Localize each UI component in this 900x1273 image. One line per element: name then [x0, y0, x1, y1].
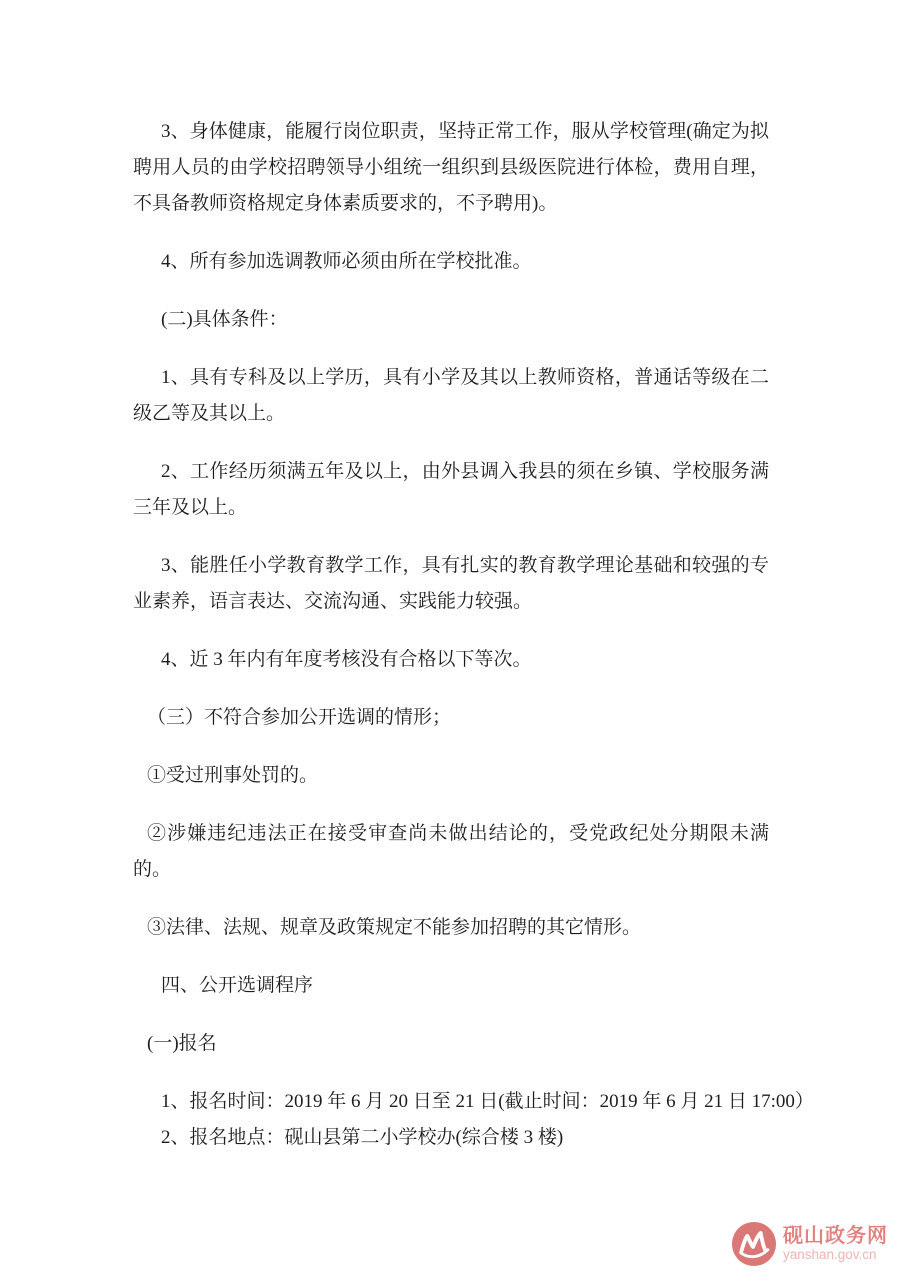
doc-paragraph: ③法律、法规、规章及政策规定不能参加招聘的其它情形。: [133, 910, 769, 946]
site-name: 砚山政务网: [783, 1225, 888, 1248]
site-watermark: 砚山政务网 yanshan.gov.cn: [731, 1221, 888, 1267]
doc-paragraph: 2、工作经历须满五年及以上，由外县调入我县的须在乡镇、学校服务满三年及以上。: [133, 454, 769, 526]
site-url: yanshan.gov.cn: [783, 1248, 888, 1262]
doc-paragraph: ①受过刑事处罚的。: [133, 758, 769, 794]
doc-section-heading: 四、公开选调程序: [133, 968, 769, 1004]
doc-paragraph: 4、近 3 年内有年度考核没有合格以下等次。: [133, 642, 769, 678]
mountain-m-icon: [731, 1221, 777, 1267]
doc-section-heading: (一)报名: [133, 1026, 769, 1062]
doc-paragraph: 3、能胜任小学教育教学工作，具有扎实的教育教学理论基础和较强的专业素养，语言表达…: [133, 548, 769, 620]
doc-paragraph: ②涉嫌违纪违法正在接受审查尚未做出结论的，受党政纪处分期限未满的。: [133, 816, 769, 888]
document-body: 3、身体健康，能履行岗位职责，坚持正常工作，服从学校管理(确定为拟聘用人员的由学…: [133, 114, 769, 1178]
doc-section-heading: (二)具体条件：: [133, 302, 769, 338]
doc-paragraph: 1、具有专科及以上学历，具有小学及其以上教师资格，普通话等级在二级乙等及其以上。: [133, 360, 769, 432]
doc-paragraph: 1、报名时间：2019 年 6 月 20 日至 21 日(截止时间：2019 年…: [133, 1084, 769, 1120]
doc-paragraph: 3、身体健康，能履行岗位职责，坚持正常工作，服从学校管理(确定为拟聘用人员的由学…: [133, 114, 769, 222]
doc-paragraph: 4、所有参加选调教师必须由所在学校批准。: [133, 244, 769, 280]
doc-paragraph: 2、报名地点：砚山县第二小学校办(综合楼 3 楼): [133, 1120, 769, 1156]
doc-section-heading: （三）不符合参加公开选调的情形；: [133, 700, 769, 736]
site-watermark-text: 砚山政务网 yanshan.gov.cn: [783, 1225, 888, 1262]
